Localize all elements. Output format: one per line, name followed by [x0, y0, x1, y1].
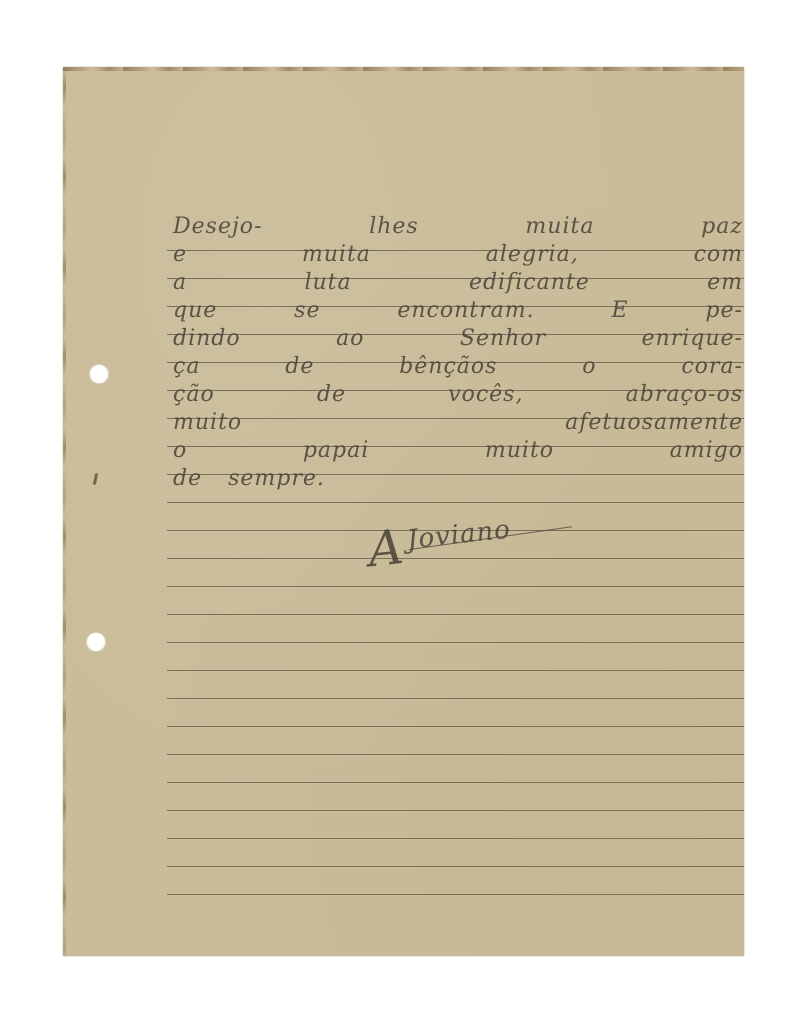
word: enrique- — [642, 325, 743, 353]
letter-line-7: ção de vocês, abraço-os — [173, 381, 743, 409]
letter-line-9: o papai muito amigo — [173, 437, 743, 465]
signature-initial: A — [365, 519, 406, 578]
word: muito — [173, 409, 242, 437]
word: o — [173, 437, 187, 465]
word: dindo — [173, 325, 241, 353]
word: ção — [173, 381, 215, 409]
word: cora- — [681, 353, 743, 381]
word: papai — [303, 437, 369, 465]
ruled-lines — [167, 67, 744, 956]
word: bênçãos — [399, 353, 497, 381]
letter-line-4: que se encontram. E pe- — [173, 297, 743, 325]
word: Desejo- — [173, 213, 262, 241]
ruled-line — [167, 698, 744, 699]
ruled-line — [167, 642, 744, 643]
ink-mark — [93, 473, 98, 485]
word: ça — [173, 353, 200, 381]
word: luta — [304, 269, 351, 297]
word: a — [173, 269, 187, 297]
letter-line-8: muito afetuosamente — [173, 409, 743, 437]
ruled-line — [167, 586, 744, 587]
word: muito — [485, 437, 554, 465]
word: Senhor — [460, 325, 546, 353]
ruled-line — [167, 782, 744, 783]
word: de — [317, 381, 346, 409]
word: com — [694, 241, 743, 269]
ruled-line — [167, 670, 744, 671]
word: e — [173, 241, 187, 269]
ruled-line — [167, 754, 744, 755]
word: de — [285, 353, 314, 381]
word: vocês, — [448, 381, 523, 409]
letter-line-2: e muita alegria, com — [173, 241, 743, 269]
letter-line-6: ça de bênçãos o cora- — [173, 353, 743, 381]
ruled-line — [167, 866, 744, 867]
punch-hole-top — [90, 365, 108, 383]
word: pe- — [705, 297, 743, 325]
signature-name: Joviano — [406, 515, 513, 556]
word: muita — [302, 241, 371, 269]
word: em — [707, 269, 743, 297]
letter-line-3: a luta edificante em — [173, 269, 743, 297]
word: paz — [701, 213, 743, 241]
word: encontram. — [397, 297, 534, 325]
ruled-line — [167, 614, 744, 615]
word: alegria, — [486, 241, 579, 269]
word: o — [582, 353, 596, 381]
letter-body: Desejo- lhes muita paz e muita alegria, … — [173, 217, 743, 497]
left-edge-stain — [63, 67, 66, 956]
word: muita — [525, 213, 594, 241]
letter-page: Desejo- lhes muita paz e muita alegria, … — [63, 67, 744, 956]
word: que — [173, 297, 217, 325]
letter-line-10: de sempre. — [173, 465, 743, 493]
word: afetuosamente — [565, 409, 743, 437]
ruled-line — [167, 502, 744, 503]
word: edificante — [469, 269, 590, 297]
word: se — [294, 297, 320, 325]
ruled-line — [167, 894, 744, 895]
word: de — [173, 465, 202, 493]
punch-hole-bottom — [87, 633, 105, 651]
word: sempre. — [228, 465, 325, 493]
letter-line-5: dindo ao Senhor enrique- — [173, 325, 743, 353]
word: lhes — [369, 213, 419, 241]
letter-line-1: Desejo- lhes muita paz — [173, 213, 743, 241]
word: ao — [336, 325, 364, 353]
ruled-line — [167, 838, 744, 839]
ruled-line — [167, 810, 744, 811]
word: amigo — [670, 437, 743, 465]
word: abraço-os — [626, 381, 743, 409]
word: E — [611, 297, 628, 325]
ruled-line — [167, 726, 744, 727]
